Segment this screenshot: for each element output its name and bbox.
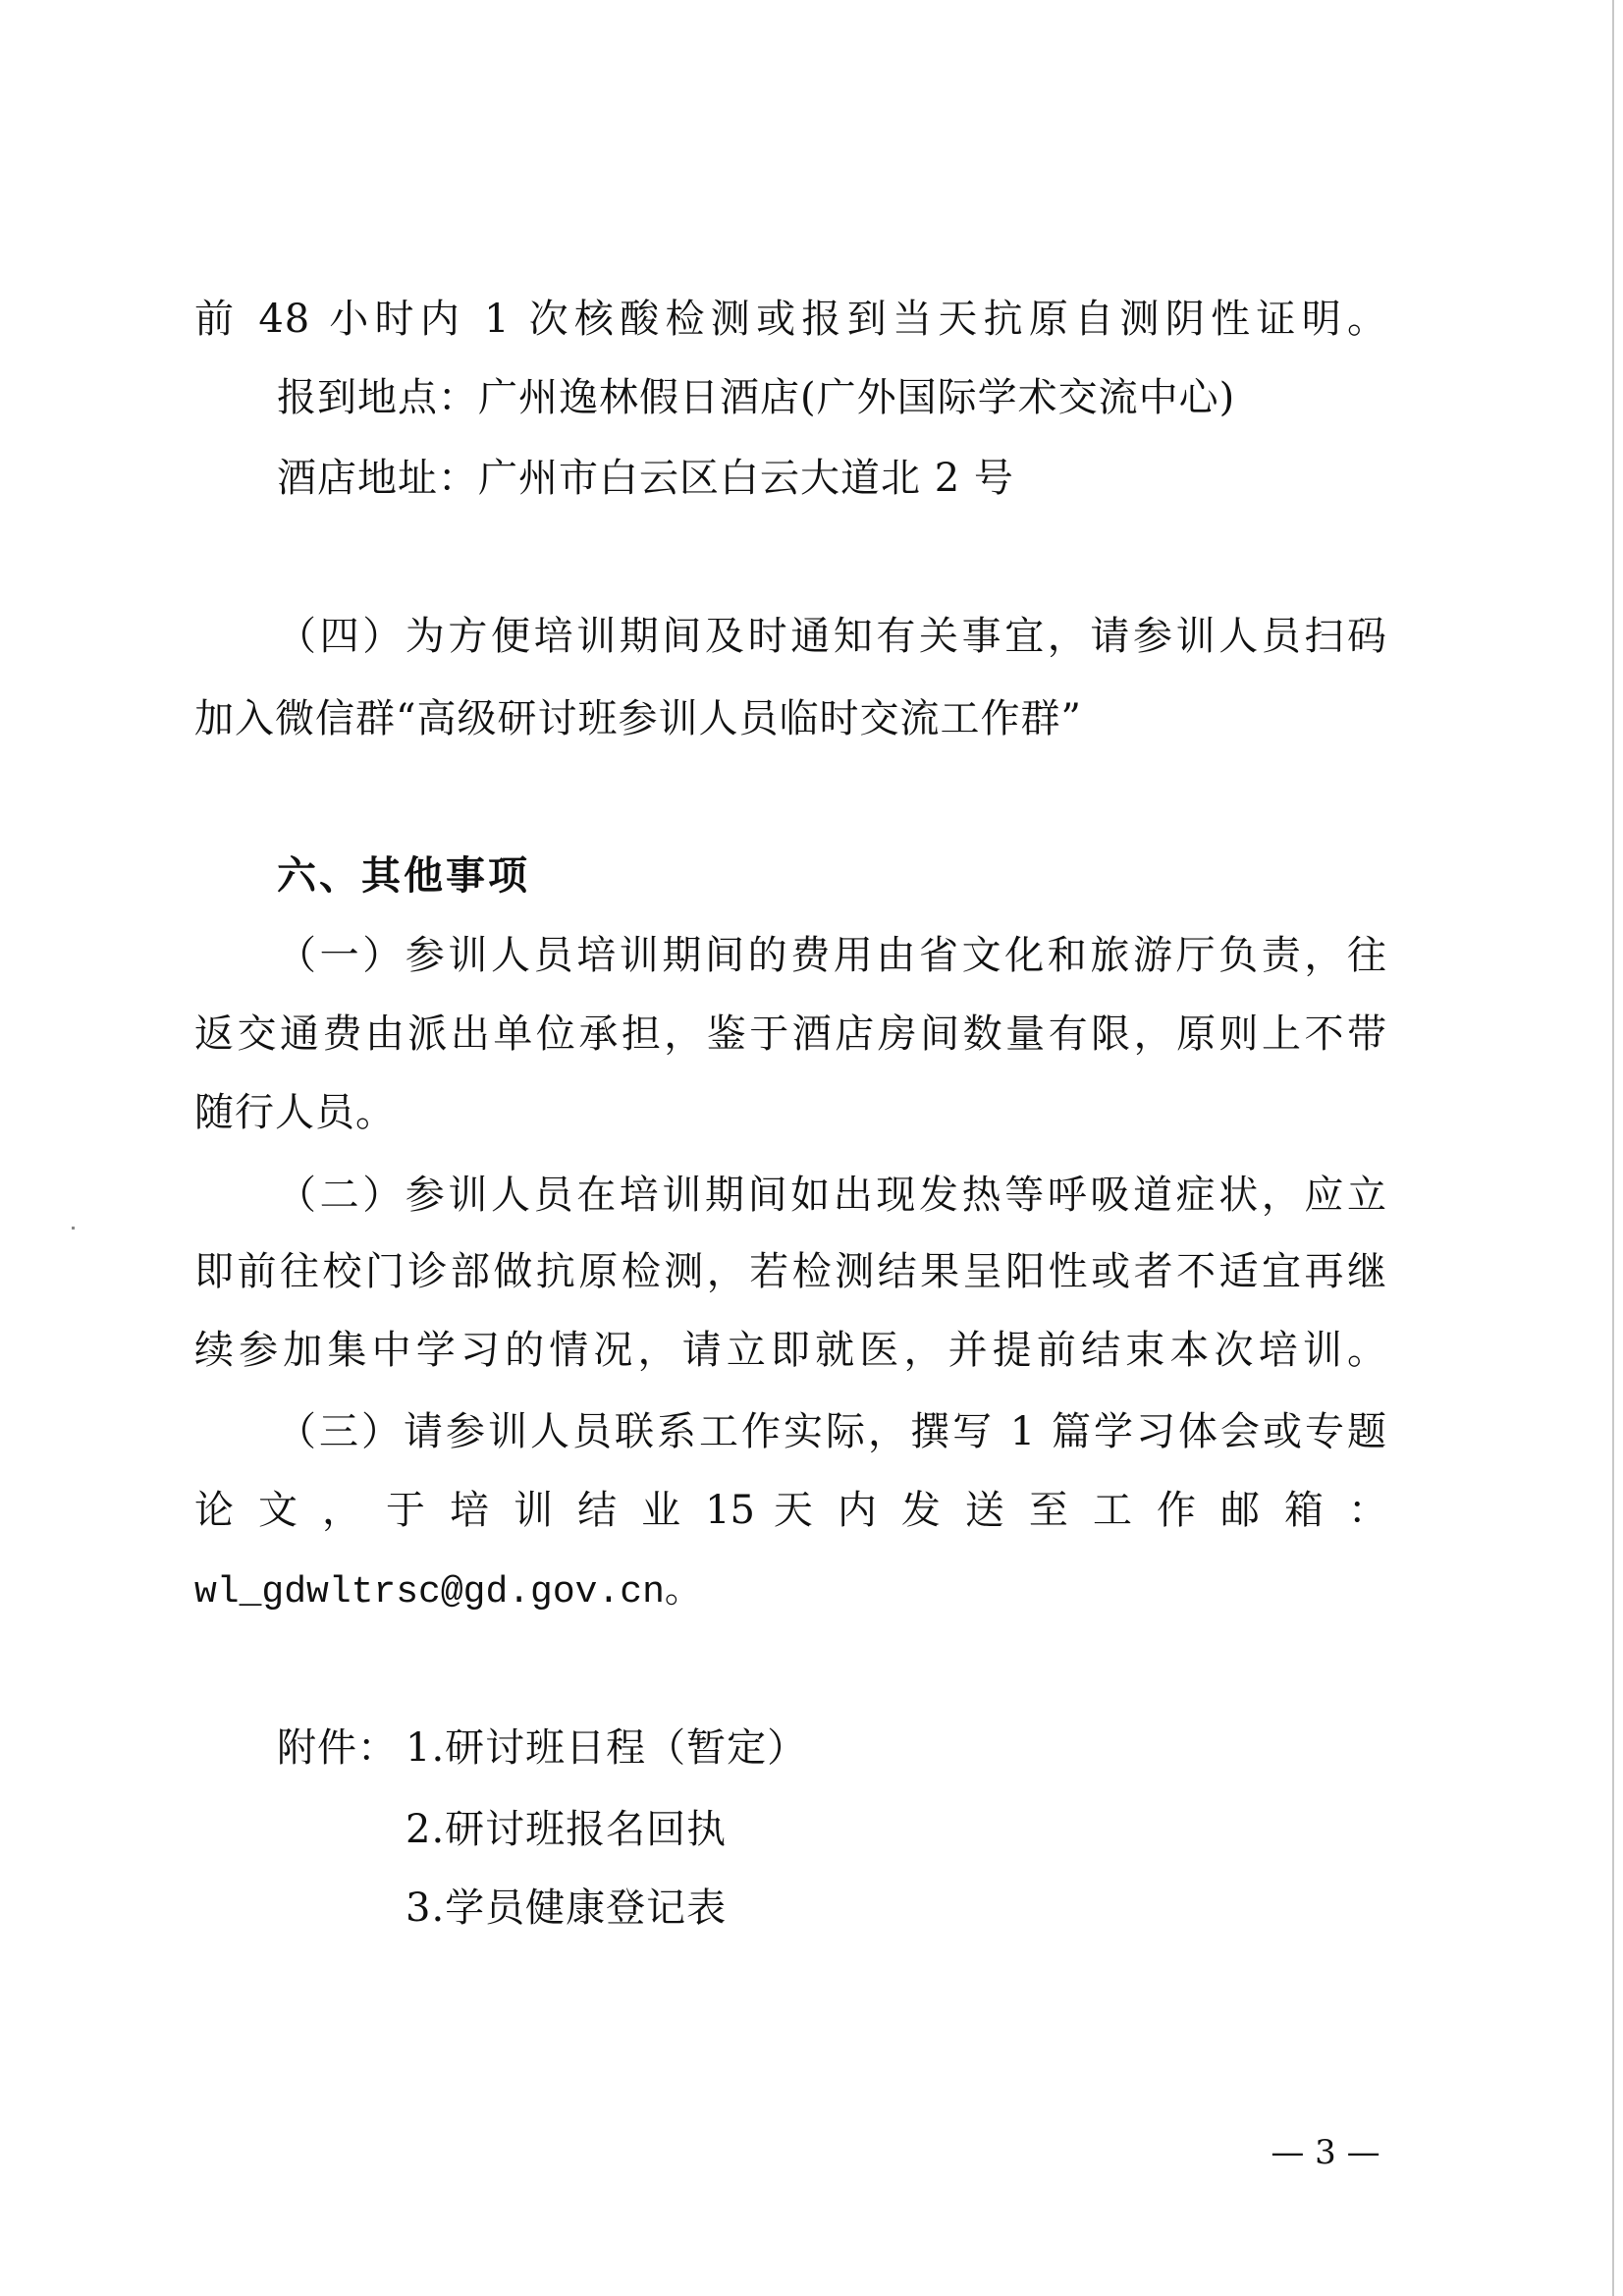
document-page: 前 48 小时内 1 次核酸检测或报到当天抗原自测阴性证明。 报到地点：广州逸林… (0, 0, 1623, 2296)
paragraph-line-item-1-b: 返交通费由派出单位承担，鉴于酒店房间数量有限，原则上不带 (194, 1007, 1387, 1062)
scan-speck (72, 1227, 75, 1230)
page-number: — 3 — (1257, 2127, 1394, 2178)
paragraph-line-item-4-end: 加入微信群“高级研讨班参训人员临时交流工作群” (194, 691, 1387, 746)
paragraph-line-report-location: 报到地点：广州逸林假日酒店(广外国际学术交流中心) (277, 370, 1387, 425)
attachments-label: 附件： (277, 1721, 398, 1776)
section-heading-other-matters: 六、其他事项 (277, 848, 1387, 903)
attachment-item-1: 1.研讨班日程（暂定） (406, 1721, 807, 1776)
paragraph-line-item-2-b: 即前往校门诊部做抗原检测，若检测结果呈阳性或者不适宜再继 (194, 1244, 1387, 1299)
paragraph-line-item-1-a: （一）参训人员培训期间的费用由省文化和旅游厅负责，往 (277, 928, 1387, 983)
paragraph-line-hotel-address: 酒店地址：广州市白云区白云大道北 2 号 (277, 451, 1387, 506)
paragraph-line-health-proof: 前 48 小时内 1 次核酸检测或报到当天抗原自测阴性证明。 (194, 292, 1387, 347)
attachment-item-2: 2.研讨班报名回执 (406, 1802, 727, 1857)
paragraph-line-item-2-a: （二）参训人员在培训期间如出现发热等呼吸道症状，应立 (277, 1168, 1387, 1223)
paragraph-line-item-3-b: 论 文 ， 于 培 训 结 业 15 天 内 发 送 至 工 作 邮 箱 ： (194, 1483, 1387, 1538)
paragraph-line-item-3-a: （三）请参训人员联系工作实际，撰写 1 篇学习体会或专题 (277, 1404, 1387, 1459)
paragraph-line-item-2-c: 续参加集中学习的情况，请立即就医，并提前结束本次培训。 (194, 1323, 1387, 1378)
paragraph-line-item-4-start: （四）为方便培训期间及时通知有关事宜，请参训人员扫码 (277, 609, 1387, 664)
attachment-item-3: 3.学员健康登记表 (406, 1881, 727, 1936)
paragraph-line-item-1-c: 随行人员。 (194, 1085, 1387, 1140)
email-address: wl_gdwltrsc@gd.gov.cn。 (194, 1565, 1387, 1620)
scan-edge-line (1612, 0, 1614, 2296)
